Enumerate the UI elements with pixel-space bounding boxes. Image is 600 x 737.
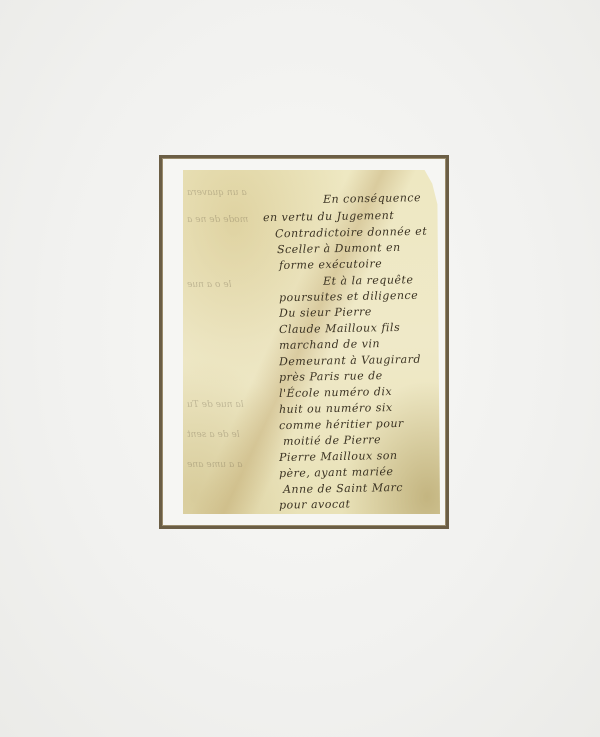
text-line: comme héritier pour	[279, 417, 404, 432]
bleed-through-text: le de a sent	[187, 430, 240, 440]
text-line: Sceller à Dumont en	[277, 241, 401, 256]
bleed-through-text: a un quavera	[187, 188, 247, 198]
text-line: Claude Mailloux fils	[279, 321, 400, 336]
text-line: l'École numéro dix	[279, 385, 392, 400]
text-line: Et à la requête	[323, 273, 414, 288]
text-line: forme exécutoire	[279, 257, 382, 272]
text-line: poursuites et diligence	[279, 289, 418, 304]
bleed-through-text: mode de ne a	[187, 215, 248, 225]
text-line: moitié de Pierre	[283, 433, 381, 448]
parchment-document: a un quavera mode de ne a le o a nue la …	[183, 170, 440, 514]
text-line: huit ou numéro six	[279, 401, 393, 416]
text-line: Du sieur Pierre	[279, 305, 372, 320]
text-line: en vertu du Jugement	[263, 209, 394, 224]
bleed-through-text: la nue de Tu	[187, 400, 244, 410]
text-line: En conséquence	[323, 191, 421, 206]
text-line: Contradictoire donnée et	[275, 225, 427, 241]
text-line: Pierre Mailloux son	[279, 449, 398, 464]
bleed-through-text: le o a nue	[187, 280, 232, 290]
text-line: Anne de Saint Marc	[283, 481, 403, 496]
text-line: père, ayant mariée	[279, 465, 394, 480]
text-line: Demeurant à Vaugirard	[279, 353, 421, 368]
text-line: près Paris rue de	[279, 369, 383, 384]
text-line: marchand de vin	[279, 337, 380, 352]
handwritten-text: a un quavera mode de ne a le o a nue la …	[183, 170, 440, 514]
bleed-through-text: a a ume ane	[187, 460, 242, 470]
text-line: pour avocat	[279, 497, 351, 511]
